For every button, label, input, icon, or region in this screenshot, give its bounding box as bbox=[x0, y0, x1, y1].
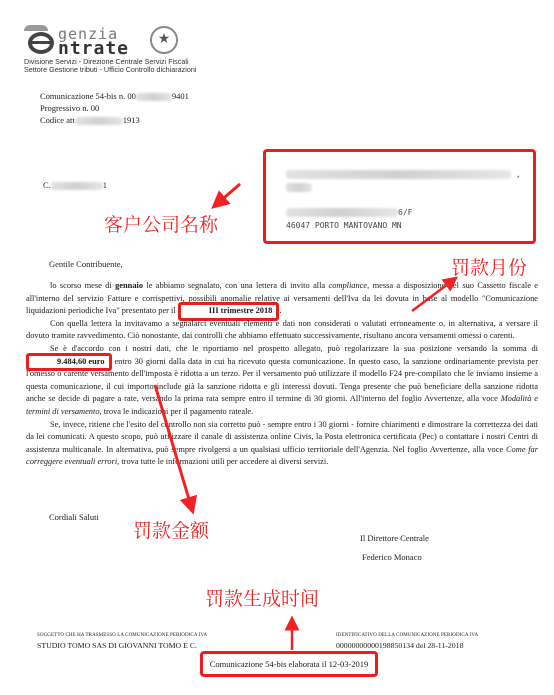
arrow-penalty-month bbox=[412, 281, 452, 311]
arrow-penalty-amount bbox=[155, 385, 191, 506]
arrow-client-name bbox=[218, 184, 240, 203]
annotation-arrows bbox=[0, 0, 554, 695]
